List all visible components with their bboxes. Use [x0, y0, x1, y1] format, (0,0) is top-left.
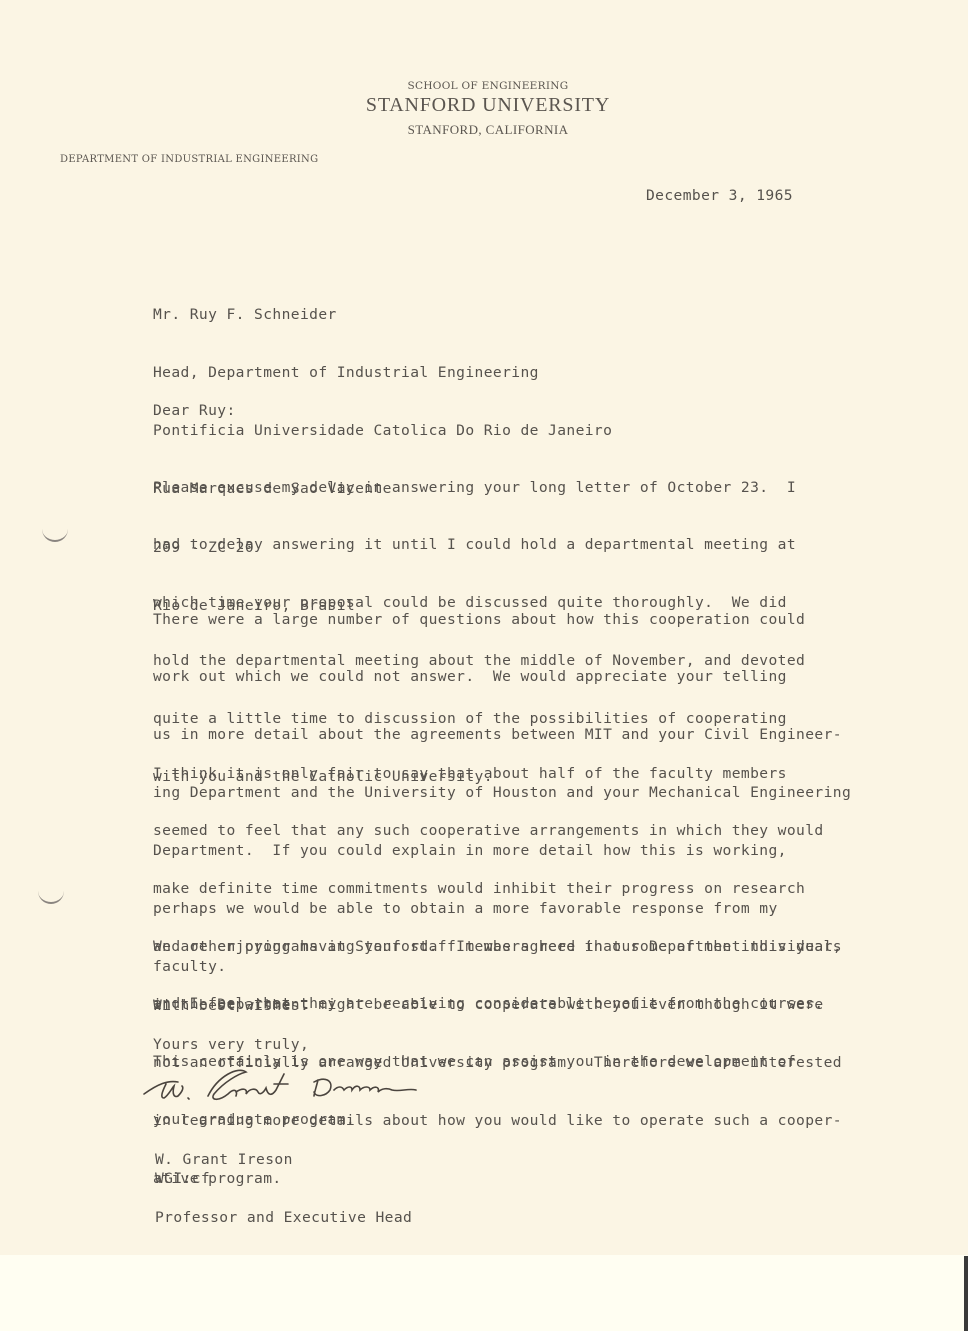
closing-wishes: With best wishes.: [153, 997, 309, 1014]
text-line: make definite time commitments would inh…: [153, 879, 842, 898]
letterhead-school: SCHOOL OF ENGINEERING: [0, 80, 968, 92]
text-line: seemed to feel that any such cooperative…: [153, 821, 842, 840]
letterhead-location: STANFORD, CALIFORNIA: [0, 122, 968, 138]
handwritten-signature: [138, 1062, 428, 1112]
valediction: Yours very truly,: [153, 1036, 309, 1053]
text-line: There were a large number of questions a…: [153, 610, 851, 629]
text-line: had to delay answering it until I could …: [153, 535, 805, 554]
letterhead-department: DEPARTMENT OF INDUSTRIAL ENGINEERING: [60, 154, 318, 165]
text-line: work out which we could not answer. We w…: [153, 667, 851, 686]
salutation: Dear Ruy:: [153, 402, 236, 419]
letterhead-university: STANFORD UNIVERSITY: [0, 94, 968, 117]
address-line: Head, Department of Industrial Engineeri…: [153, 363, 612, 382]
reference-initials: WGI:cf: [155, 1170, 210, 1187]
address-line: Mr. Ruy F. Schneider: [153, 305, 612, 324]
text-line: Please excuse my delay in answering your…: [153, 478, 805, 497]
signer-title: Professor and Executive Head: [155, 1208, 412, 1227]
letter-date: December 3, 1965: [646, 187, 793, 204]
text-line: I think it is only fair to say that abou…: [153, 764, 842, 783]
signer-name: W. Grant Ireson: [155, 1150, 412, 1169]
address-line: Pontificia Universidade Catolica Do Rio …: [153, 421, 612, 440]
text-line: We are enjoying having your staff member…: [153, 937, 842, 956]
scan-edge: [964, 1256, 968, 1331]
scan-background: [0, 1255, 968, 1331]
